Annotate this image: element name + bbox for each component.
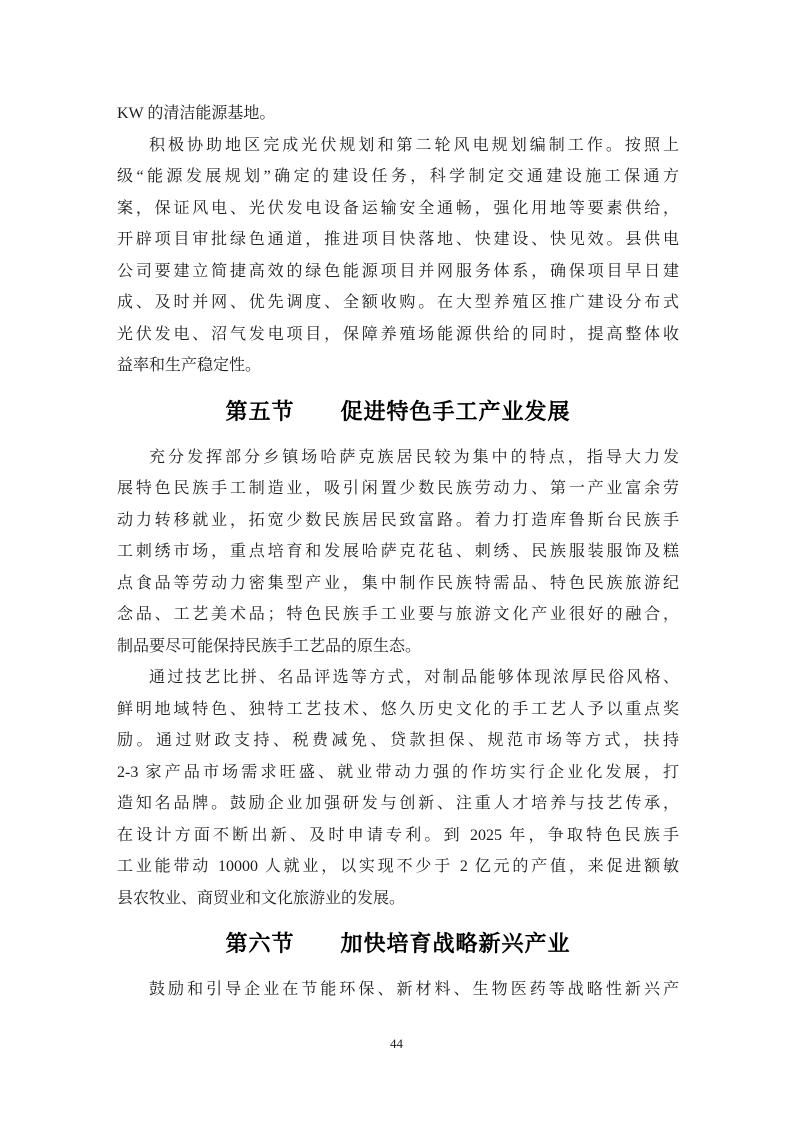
body-text-line: 案，保证风电、光伏发电设备运输安全通畅，强化用地等要素供给， bbox=[117, 193, 679, 225]
body-text-line: 成、及时并网、优先调度、全额收购。在大型养殖区推广建设分布式 bbox=[117, 287, 679, 319]
body-text-line: 级“能源发展规划”确定的建设任务，科学制定交通建设施工保通方 bbox=[117, 161, 679, 193]
body-text-line: 县农牧业、商贸业和文化旅游业的发展。 bbox=[117, 883, 679, 915]
body-text-line: 鼓励和引导企业在节能环保、新材料、生物医药等战略性新兴产 bbox=[117, 974, 679, 1006]
body-text-line: 公司要建立简捷高效的绿色能源项目并网服务体系，确保项目早日建 bbox=[117, 256, 679, 288]
document-page: KW 的清洁能源基地。积极协助地区完成光伏规划和第二轮风电规划编制工作。按照上级… bbox=[0, 0, 793, 1122]
body-text-line: 造知名品牌。鼓励企业加强研发与创新、注重人才培养与技艺传承， bbox=[117, 788, 679, 820]
section-heading: 第五节 促进特色手工产业发展 bbox=[117, 394, 679, 429]
body-text-line: 励。通过财政支持、税费减免、贷款担保、规范市场等方式，扶持 bbox=[117, 725, 679, 757]
section-heading: 第六节 加快培育战略新兴产业 bbox=[117, 926, 679, 961]
body-text-line: 2-3 家产品市场需求旺盛、就业带动力强的作坊实行企业化发展，打 bbox=[117, 757, 679, 789]
body-text-line: 光伏发电、沼气发电项目，保障养殖场能源供给的同时，提高整体收 bbox=[117, 319, 679, 351]
body-text-line: 工业能带动 10000 人就业，以实现不少于 2 亿元的产值，来促进额敏 bbox=[117, 851, 679, 883]
body-text-line: 点食品等劳动力密集型产业，集中制作民族特需品、特色民族旅游纪 bbox=[117, 568, 679, 600]
body-text-line: 积极协助地区完成光伏规划和第二轮风电规划编制工作。按照上 bbox=[117, 130, 679, 162]
body-text-line: 展特色民族手工制造业，吸引闲置少数民族劳动力、第一产业富余劳 bbox=[117, 473, 679, 505]
body-text-line: 念品、工艺美术品；特色民族手工业要与旅游文化产业很好的融合， bbox=[117, 599, 679, 631]
body-text-line: 制品要尽可能保持民族手工艺品的原生态。 bbox=[117, 631, 679, 663]
page-number: 44 bbox=[0, 1036, 793, 1052]
body-text-line: 在设计方面不断出新、及时申请专利。到 2025 年，争取特色民族手 bbox=[117, 820, 679, 852]
body-text-line: 开辟项目审批绿色通道，推进项目快落地、快建设、快见效。县供电 bbox=[117, 224, 679, 256]
body-text-line: 鲜明地域特色、独特工艺技术、悠久历史文化的手工艺人予以重点奖 bbox=[117, 694, 679, 726]
body-text-line: 通过技艺比拼、名品评选等方式，对制品能够体现浓厚民俗风格、 bbox=[117, 662, 679, 694]
body-text-line: 益率和生产稳定性。 bbox=[117, 350, 679, 382]
body-text-line: KW 的清洁能源基地。 bbox=[117, 98, 679, 130]
body-text-line: 动力转移就业，拓宽少数民族居民致富路。着力打造库鲁斯台民族手 bbox=[117, 505, 679, 537]
body-text-line: 工刺绣市场，重点培育和发展哈萨克花毡、刺绣、民族服装服饰及糕 bbox=[117, 536, 679, 568]
document-content: KW 的清洁能源基地。积极协助地区完成光伏规划和第二轮风电规划编制工作。按照上级… bbox=[117, 98, 679, 1006]
body-text-line: 充分发挥部分乡镇场哈萨克族居民较为集中的特点，指导大力发 bbox=[117, 442, 679, 474]
